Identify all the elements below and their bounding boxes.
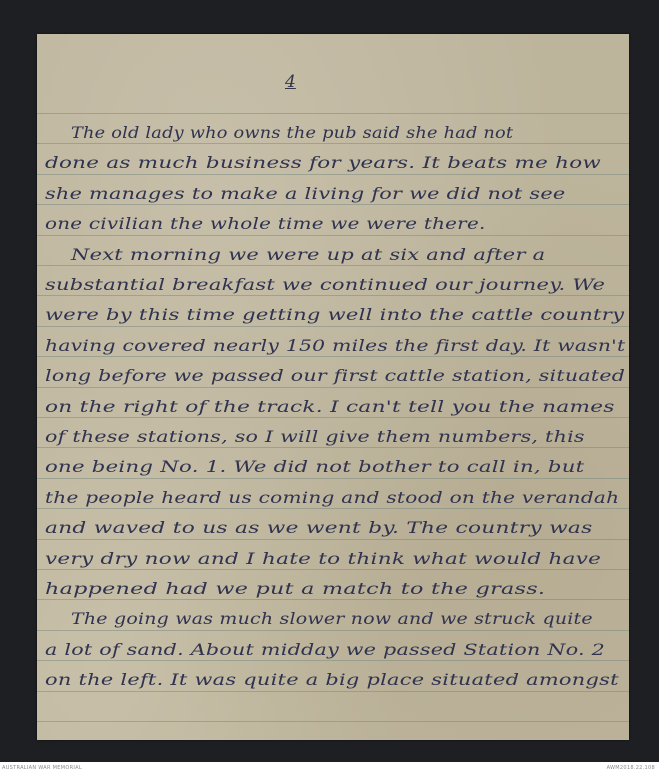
ruled-line [37,295,629,296]
handwritten-line: on the left. It was quite a big place si… [45,671,619,689]
page-number: 4 [285,72,296,92]
handwritten-line: the people heard us coming and stood on … [45,489,619,507]
ruled-line [37,691,629,692]
handwritten-line: long before we passed our first cattle s… [45,367,625,385]
handwritten-line: of these stations, so I will give them n… [45,428,585,446]
handwritten-line: The old lady who owns the pub said she h… [71,124,513,142]
ruled-line [37,204,629,205]
ruled-line [37,326,629,327]
ruled-line [37,630,629,631]
ruled-line [37,599,629,600]
handwritten-line: happened had we put a match to the grass… [45,580,545,598]
handwritten-line: The going was much slower now and we str… [71,610,593,628]
ruled-line [37,569,629,570]
letter-page: 4 The old lady who owns the pub said she… [37,34,629,740]
handwritten-line: a lot of sand. About midday we passed St… [45,641,605,659]
handwritten-line: were by this time getting well into the … [45,306,624,324]
ruled-line [37,539,629,540]
ruled-line [37,113,629,114]
ruled-line [37,478,629,479]
ruled-line [37,235,629,236]
ruled-line [37,174,629,175]
ruled-line [37,143,629,144]
handwritten-line: Next morning we were up at six and after… [71,246,545,264]
ruled-line [37,508,629,509]
handwritten-line: substantial breakfast we continued our j… [45,276,605,294]
ruled-line [37,660,629,661]
footer-accession-number: AWM2018.22.108 [607,765,655,771]
handwritten-line: one being No. 1. We did not bother to ca… [45,458,584,476]
ruled-line [37,387,629,388]
ruled-line [37,265,629,266]
footer-bar: AUSTRALIAN WAR MEMORIAL AWM2018.22.108 [0,762,659,773]
handwritten-line: done as much business for years. It beat… [45,154,601,172]
ruled-line [37,721,629,722]
ruled-line [37,417,629,418]
document-viewer: 4 The old lady who owns the pub said she… [0,0,659,762]
handwritten-line: very dry now and I hate to think what wo… [45,550,601,568]
handwritten-line: on the right of the track. I can't tell … [45,398,615,416]
handwritten-line: having covered nearly 150 miles the firs… [45,337,625,355]
handwritten-line: one civilian the whole time we were ther… [45,215,486,233]
ruled-line [37,447,629,448]
footer-institution: AUSTRALIAN WAR MEMORIAL [2,765,82,771]
handwritten-line: she manages to make a living for we did … [45,185,565,203]
handwritten-line: and waved to us as we went by. The count… [45,519,593,537]
ruled-line [37,356,629,357]
